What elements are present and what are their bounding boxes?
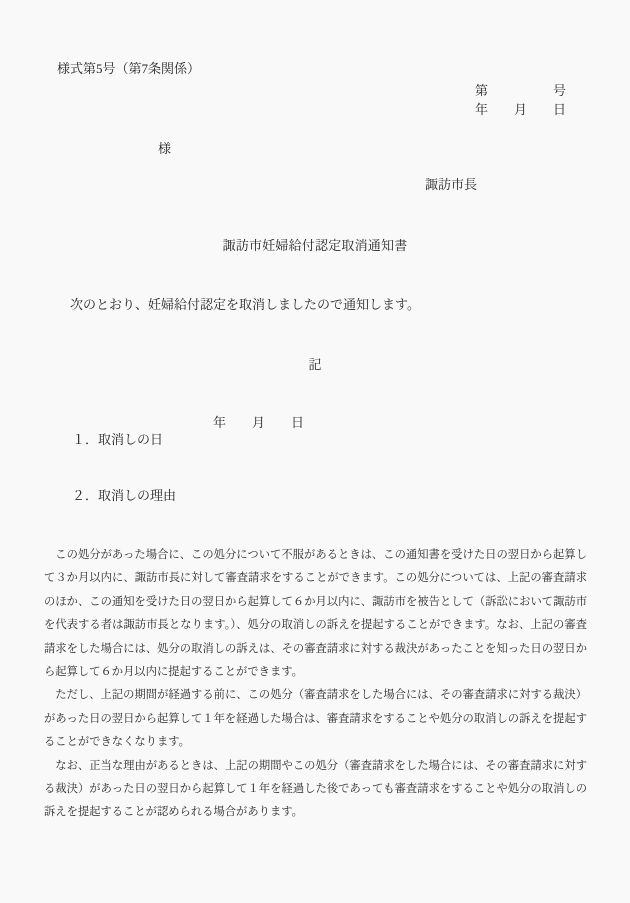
appeal-rights-paragraph-3: なお、正当な理由があるときは、上記の期間やこの処分（審査請求をした場合には、その…	[44, 755, 587, 825]
appeal-rights-paragraph-2: ただし、上記の期間が経過する前に、この処分（審査請求をした場合には、その審査請求…	[44, 684, 587, 754]
item-cancellation-date-label: １．取消しの日	[72, 432, 163, 447]
notice-document-page: 様式第5号（第7条関係） 第 号 年 月 日 様 諏訪市長 諏訪市妊婦給付認定取…	[0, 0, 630, 903]
item-cancellation-reason-label: ２．取消しの理由	[72, 488, 176, 503]
appeal-rights-notice: この処分があった場合に、この処分について不服があるときは、この通知書を受けた日の…	[44, 544, 587, 825]
appeal-rights-paragraph-1: この処分があった場合に、この処分について不服があるときは、この通知書を受けた日の…	[44, 544, 587, 684]
form-number-label: 様式第5号（第7条関係）	[57, 61, 200, 78]
intro-sentence: 次のとおり、妊婦給付認定を取消しましたので通知します。	[57, 297, 420, 314]
addressee-honorific: 様	[158, 141, 171, 158]
document-title: 諏訪市妊婦給付認定取消通知書	[0, 238, 630, 255]
item-cancellation-date-value: 年 月 日	[213, 415, 304, 432]
sender-name: 諏訪市長	[425, 177, 477, 194]
issue-date-line: 年 月 日	[475, 102, 566, 119]
ki-marker: 記	[0, 357, 630, 374]
document-number-line: 第 号	[475, 83, 566, 100]
item-cancellation-reason: ２．取消しの理由	[59, 471, 176, 522]
